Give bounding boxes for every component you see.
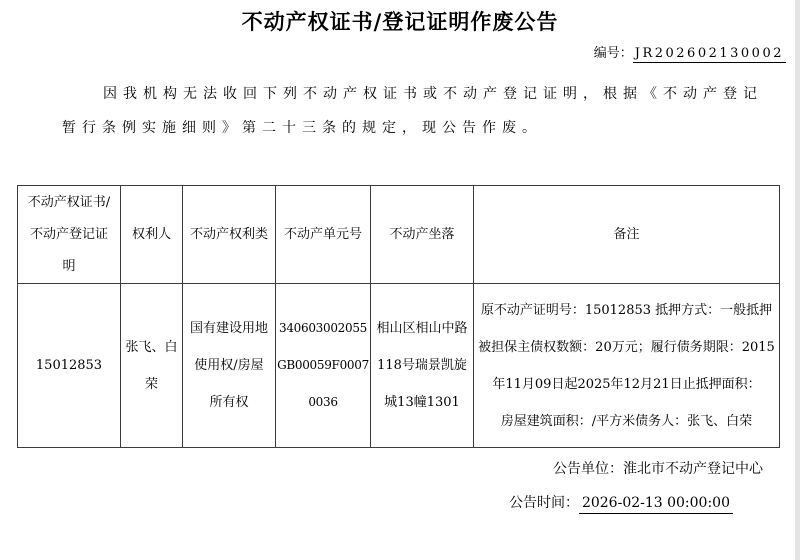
announce-unit-value: 淮北市不动产登记中心: [623, 461, 763, 477]
footer: 公告单位：淮北市不动产登记中心 公告时间：2026-02-13 00:00:00: [0, 458, 800, 514]
col-header-remark: 备注: [474, 186, 780, 284]
invalidation-notice-page: 不动产权证书/登记证明作废公告 编号：JR202602130002 因我机构无法…: [0, 8, 800, 514]
doc-number-label: 编号：: [594, 46, 633, 61]
announce-time-label: 公告时间：: [509, 495, 579, 511]
remark-line: 原不动产证明号：15012853 抵押方式：一般抵押: [474, 292, 779, 329]
remark-line: 被担保主债权数额：20万元；履行债务期限：2015: [474, 329, 779, 366]
announce-unit-row: 公告单位：淮北市不动产登记中心: [0, 458, 763, 480]
remark-line: 年11月09日起2025年12月21日止抵押面积：: [474, 366, 779, 403]
cell-cert-no: 15012853: [18, 284, 121, 448]
intro-line: 暂行条例实施细则》第二十三条的规定，现公告作废。: [62, 111, 776, 145]
table-row: 15012853 张飞、白荣 国有建设用地使用权/房屋所有权 340603002…: [18, 284, 780, 448]
intro-line: 因我机构无法收回下列不动产权证书或不动产登记证明，根据《不动产登记: [62, 77, 776, 111]
cell-remark: 原不动产证明号：15012853 抵押方式：一般抵押 被担保主债权数额：20万元…: [474, 284, 780, 448]
col-header-holder: 权利人: [121, 186, 183, 284]
col-header-unit-no: 不动产单元号: [276, 186, 371, 284]
announce-time-row: 公告时间：2026-02-13 00:00:00: [0, 492, 733, 514]
cell-unit-no: 340603002055GB00059F00070036: [276, 284, 371, 448]
invalidation-table: 不动产权证书/不动产登记证明 权利人 不动产权利类 不动产单元号 不动产坐落 备…: [17, 185, 780, 448]
page-edge-strip: [795, 0, 800, 560]
announce-time-value: 2026-02-13 00:00:00: [579, 495, 733, 514]
cell-holder: 张飞、白荣: [121, 284, 183, 448]
doc-number-value: JR202602130002: [633, 46, 786, 63]
col-header-location: 不动产坐落: [371, 186, 474, 284]
col-header-right-type: 不动产权利类: [183, 186, 276, 284]
intro-paragraph: 因我机构无法收回下列不动产权证书或不动产登记证明，根据《不动产登记 暂行条例实施…: [62, 77, 776, 145]
announce-unit-label: 公告单位：: [553, 461, 623, 477]
cell-right-type: 国有建设用地使用权/房屋所有权: [183, 284, 276, 448]
col-header-certificate: 不动产权证书/不动产登记证明: [18, 186, 121, 284]
table-header-row: 不动产权证书/不动产登记证明 权利人 不动产权利类 不动产单元号 不动产坐落 备…: [18, 186, 780, 284]
page-title: 不动产权证书/登记证明作废公告: [30, 8, 770, 36]
remark-line: 房屋建筑面积：/平方米债务人：张飞、白荣: [474, 403, 779, 440]
doc-number-row: 编号：JR202602130002: [0, 45, 786, 63]
cell-location: 相山区相山中路118号瑞景凯旋城13幢1301: [371, 284, 474, 448]
